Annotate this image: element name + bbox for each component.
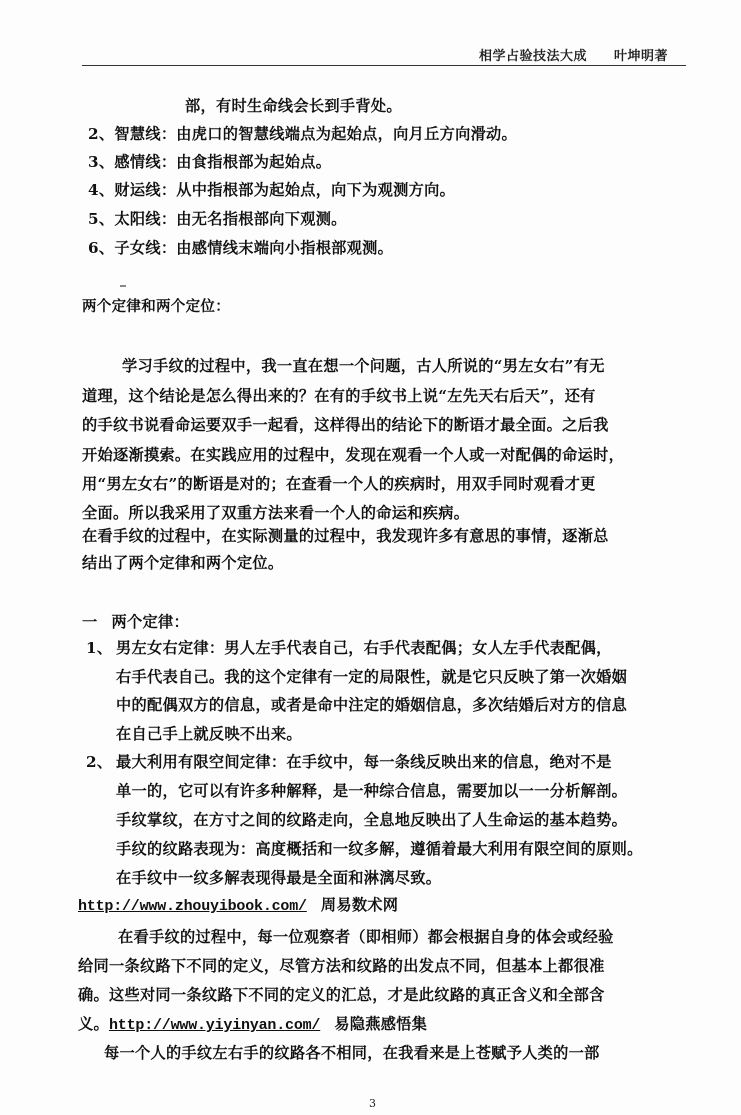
paragraph-line: 的手纹书说看命运要双手一起看，这样得出的结论下的断语才最全面。之后我 — [82, 415, 609, 435]
list-item-number: 2、 — [88, 124, 114, 144]
paragraph-line: 道理，这个结论是怎么得出来的？在有的手纹书上说“左先天右后天”，还有 — [82, 386, 596, 406]
list-item-text: 智慧线：由虎口的智慧线端点为起始点，向月丘方向滑动。 — [114, 125, 517, 143]
law-number: 2、 — [86, 752, 116, 772]
list-item: 3、感情线：由食指根部为起始点。 — [88, 152, 331, 172]
law-line: 最大利用有限空间定律：在手纹中，每一条线反映出来的信息，绝对不是 — [116, 753, 612, 771]
paragraph-line: 学习手纹的过程中，我一直在想一个问题，古人所说的“男左女右”有无 — [122, 356, 605, 376]
list-item-number: 6、 — [88, 238, 114, 258]
law-line: 在自己手上就反映不出来。 — [116, 724, 302, 744]
link-label: 易隐燕感悟集 — [334, 1015, 427, 1033]
list-item-text: 感情线：由食指根部为起始点。 — [114, 153, 331, 171]
header-rule — [82, 65, 686, 66]
list-item-number: 4、 — [88, 180, 114, 200]
paragraph-line: 全面。所以我采用了双重方法来看一个人的命运和疾病。 — [82, 503, 469, 523]
list-item: 4、财运线：从中指根部为起始点，向下为观测方向。 — [88, 180, 455, 200]
law-line: 单一的，它可以有许多种解释，是一种综合信息，需要加以一一分析解剖。 — [116, 781, 627, 801]
page-number: 3 — [369, 1097, 376, 1110]
law-line: 男左女右定律：男人左手代表自己，右手代表配偶；女人左手代表配偶， — [116, 639, 612, 657]
list-item-number: 3、 — [88, 152, 114, 172]
link-label: 周易数术网 — [321, 896, 398, 914]
paragraph-line: 给同一条纹路下不同的定义，尽管方法和纹路的出发点不同，但基本上都很准 — [78, 956, 605, 976]
yiyinyan-link[interactable]: http://www.yiyinyan.com/ — [109, 1017, 320, 1034]
list-continuation: 部，有时生命线会长到手背处。 — [185, 96, 402, 116]
laws-heading: 一两个定律： — [82, 612, 189, 632]
link-row-2: 义。http://www.yiyinyan.com/易隐燕感悟集 — [78, 1014, 427, 1036]
law-line: 手纹掌纹，在方寸之间的纹路走向，全息地反映出了人生命运的基本趋势。 — [116, 810, 627, 830]
law-line: 手纹的纹路表现为：高度概括和一纹多解，遵循着最大利用有限空间的原则。 — [116, 839, 643, 859]
list-item: 6、子女线：由感情线末端向小指根部观测。 — [88, 238, 393, 258]
list-item: 2、智慧线：由虎口的智慧线端点为起始点，向月丘方向滑动。 — [88, 124, 517, 144]
law-number: 1、 — [86, 638, 116, 658]
paragraph-line: 用“男左女右”的断语是对的；在查看一个人的疾病时，用双手同时观看才更 — [82, 474, 596, 494]
link-row-1: http://www.zhouyibook.com/周易数术网 — [78, 895, 398, 917]
paragraph-line-prefix: 义。 — [78, 1015, 109, 1033]
scan-speck — [120, 285, 126, 287]
paragraph-line: 每一个人的手纹左右手的纹路各不相同，在我看来是上苍赋予人类的一部 — [104, 1043, 600, 1063]
law-item-2: 2、最大利用有限空间定律：在手纹中，每一条线反映出来的信息，绝对不是 — [86, 752, 612, 772]
paragraph-line: 在看手纹的过程中，每一位观察者（即相师）都会根据自身的体会或经验 — [118, 927, 614, 947]
list-item-text: 太阳线：由无名指根部向下观测。 — [114, 210, 346, 228]
list-item: 5、太阳线：由无名指根部向下观测。 — [88, 209, 347, 229]
law-line: 中的配偶双方的信息，或者是命中注定的婚姻信息，多次结婚后对方的信息 — [116, 695, 627, 715]
header-book-title: 相学占验技法大成 — [479, 45, 587, 64]
law-line: 在手纹中一纹多解表现得最是全面和淋漓尽致。 — [116, 868, 441, 888]
laws-heading-marker: 一 — [82, 613, 98, 631]
paragraph-line: 在看手纹的过程中，在实际测量的过程中，我发现许多有意思的事情，逐渐总 — [82, 526, 609, 546]
law-line: 右手代表自己。我的这个定律有一定的局限性，就是它只反映了第一次婚姻 — [116, 667, 627, 687]
header-author: 叶坤明著 — [614, 45, 668, 64]
laws-heading-text: 两个定律： — [112, 613, 189, 631]
section-heading: 两个定律和两个定位： — [82, 297, 230, 317]
list-item-number: 5、 — [88, 209, 114, 229]
law-item-1: 1、男左女右定律：男人左手代表自己，右手代表配偶；女人左手代表配偶， — [86, 638, 612, 658]
document-page: 相学占验技法大成 叶坤明著 部，有时生命线会长到手背处。 2、智慧线：由虎口的智… — [0, 0, 741, 1115]
zhouyibook-link[interactable]: http://www.zhouyibook.com/ — [78, 898, 307, 915]
list-item-text: 财运线：从中指根部为起始点，向下为观测方向。 — [114, 181, 455, 199]
paragraph-line: 结出了两个定律和两个定位。 — [82, 553, 283, 573]
list-item-text: 子女线：由感情线末端向小指根部观测。 — [114, 239, 393, 257]
paragraph-line: 开始逐渐摸索。在实践应用的过程中，发现在观看一个人或一对配偶的命运时， — [82, 445, 624, 465]
paragraph-line: 确。这些对同一条纹路下不同的定义的汇总，才是此纹路的真正含义和全部含 — [78, 985, 605, 1005]
